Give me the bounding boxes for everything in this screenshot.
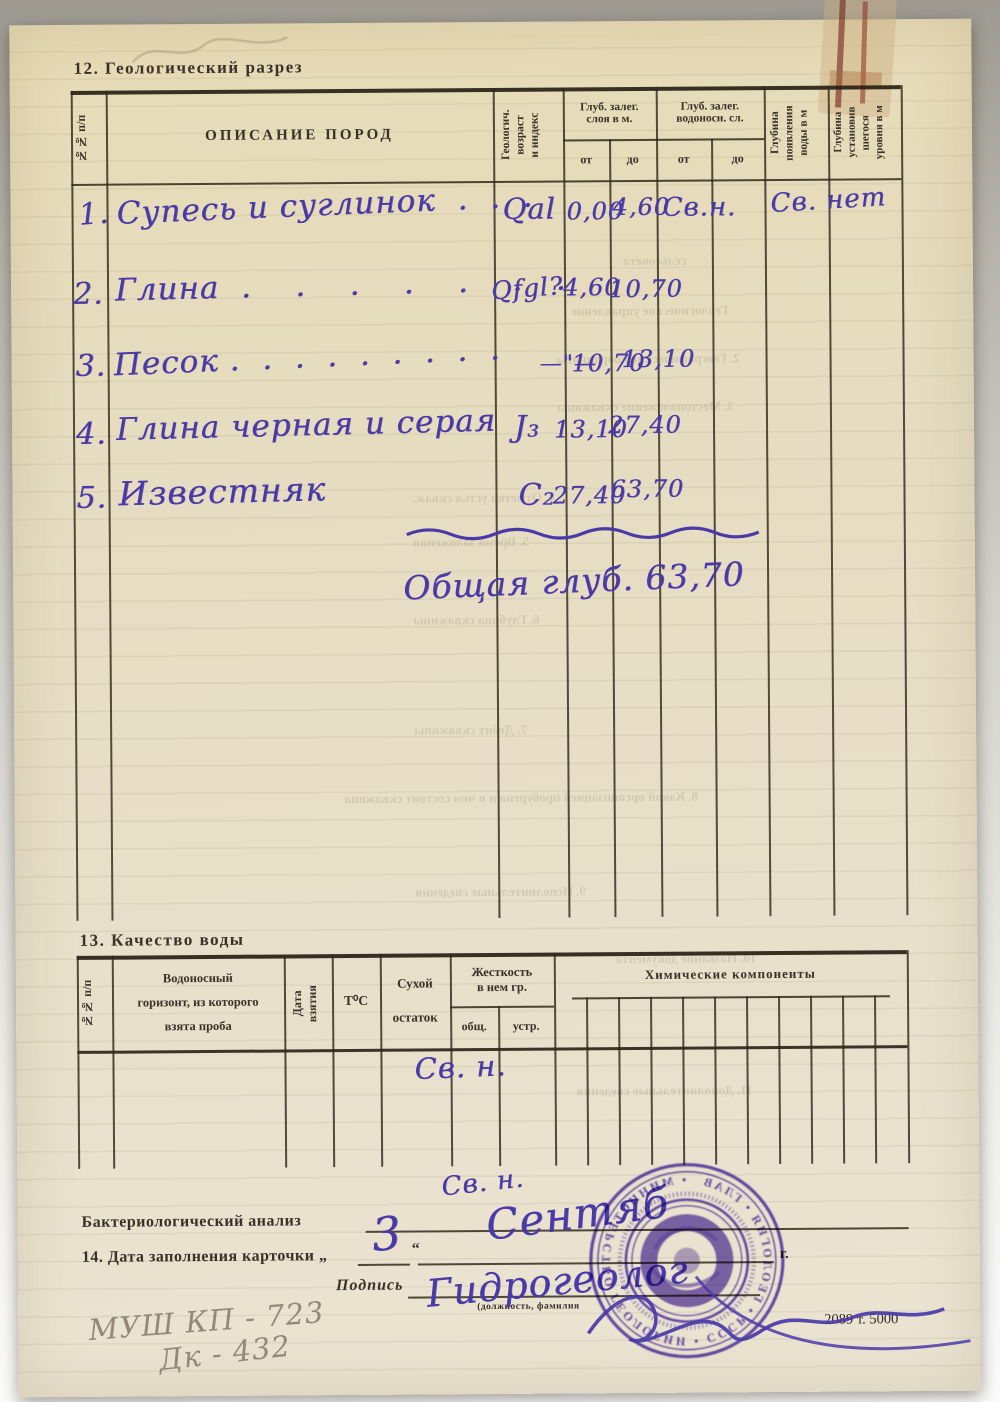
row5-number: 5. bbox=[76, 481, 107, 516]
row5-description: Известняк bbox=[118, 469, 326, 513]
fill-date-day: 3 bbox=[369, 1205, 404, 1262]
col-established-level-depth: Глубина установив шегося уровня в м bbox=[832, 85, 899, 179]
bleedthrough-text: 7. Дебит скважины bbox=[414, 722, 527, 739]
table13-chem-vline bbox=[682, 997, 685, 1165]
table13-chem-vline bbox=[842, 996, 845, 1164]
table13-chem-vline bbox=[586, 997, 589, 1165]
bleedthrough-text: сельсовета bbox=[623, 253, 687, 269]
row1-to: 4,60 bbox=[612, 193, 670, 221]
bleedthrough-text: 11. Дополнительные сведения bbox=[577, 1082, 753, 1099]
col-aquifer-from: от bbox=[656, 138, 711, 179]
table13-chem-vline bbox=[810, 996, 813, 1164]
table13-chem-vline bbox=[874, 995, 877, 1163]
row4-number: 4. bbox=[76, 417, 107, 452]
water-quality-note: Св. н. bbox=[414, 1048, 507, 1086]
table13-chem-vline bbox=[746, 996, 749, 1164]
row5-to: 63,70 bbox=[610, 475, 684, 504]
bleedthrough-text: 6. Глубина скважины bbox=[413, 612, 539, 629]
col-layer-depth: Глуб. залег. слоя в м. bbox=[563, 89, 656, 138]
section13-title: 13. Качество воды bbox=[80, 930, 245, 951]
col13-row-number: №№ п/п bbox=[80, 963, 109, 1045]
col13-hardness: Жесткость в нем гр. bbox=[450, 956, 554, 1005]
row4-to: 27,40 bbox=[608, 411, 682, 440]
bleedthrough-text: 9. Исполнительные сведения bbox=[415, 883, 586, 900]
row2-number: 2. bbox=[73, 277, 104, 312]
row3-description: Песок . . . . . . . . . bbox=[113, 331, 501, 383]
col13-aquifer-horizon: Водоносный горизонт, из которого взята п… bbox=[112, 957, 285, 1048]
table13-chem-vline bbox=[618, 997, 621, 1165]
section12-title: 12. Геологический разрез bbox=[73, 57, 303, 79]
col-layer-to: до bbox=[609, 139, 656, 180]
bacteriological-label: Бактериологический анализ bbox=[82, 1212, 302, 1232]
col-row-number: №№ п/п bbox=[74, 97, 103, 181]
table12-vline bbox=[901, 85, 909, 915]
table13-chem-vline bbox=[650, 997, 653, 1165]
bleedthrough-text: 8. Какой организацией пробурена и в чем … bbox=[345, 789, 699, 807]
row4-geo-index: J₃ bbox=[514, 410, 540, 445]
row1-number: 1. bbox=[77, 196, 110, 233]
bleedthrough-text: Геологическое управление bbox=[571, 302, 728, 319]
fill-date-day-line bbox=[358, 1264, 410, 1266]
col-rock-description: ОПИСАНИЕ ПОРОД bbox=[106, 88, 494, 184]
row1-description: Супесь и суглинок . . . bbox=[116, 178, 534, 231]
col-aquifer-to: до bbox=[711, 138, 764, 179]
fill-date-label: 14. Дата заполнения карточки „ bbox=[82, 1247, 328, 1267]
row1-geo-index: Qal bbox=[502, 192, 556, 226]
table13-chem-vline bbox=[778, 996, 781, 1164]
table13-chem-vline bbox=[714, 996, 717, 1164]
row3-number: 3. bbox=[75, 349, 106, 384]
row4-description: Глина черная и серая bbox=[116, 403, 497, 448]
col-layer-from: от bbox=[563, 139, 609, 180]
col13-hardness-total: общ. bbox=[450, 1006, 498, 1047]
fill-date-close-quote: “ bbox=[412, 1241, 420, 1259]
signature-flourish bbox=[578, 1259, 979, 1382]
row2-geo-index: Qfgl? bbox=[490, 271, 564, 305]
col13-temperature: Т⁰С bbox=[332, 954, 381, 1047]
wavy-divider bbox=[405, 522, 761, 542]
row2-to: 10,70 bbox=[609, 275, 683, 304]
signature-label: Подпись bbox=[336, 1277, 404, 1295]
col13-hardness-removable: устр. bbox=[498, 1006, 554, 1047]
col-water-appearance-depth: Глубина появления воды в м bbox=[768, 88, 825, 178]
row3-to: 13,10 bbox=[621, 345, 695, 374]
row1-level-note: Св. нет bbox=[770, 182, 887, 219]
row1-aquifer-note: Св.н. bbox=[662, 192, 736, 223]
row5-geo-index: С₂ bbox=[518, 478, 555, 513]
col13-dry-residue: Сухой остаток bbox=[380, 956, 451, 1044]
col13-sampling-date: Дата взятия bbox=[290, 965, 329, 1041]
col-aquifer-depth: Глуб. залег. водоносн. сл. bbox=[656, 88, 764, 137]
col13-chemical-components: Химические компоненты bbox=[554, 955, 907, 993]
table13-vline bbox=[284, 954, 287, 1167]
col-geologic-age: Геологич. возраст и индекс bbox=[499, 92, 558, 178]
total-depth-note: Общая глуб. 63,70 bbox=[402, 554, 745, 607]
scanned-card-page: сельсовета Геологическое управление 2. Г… bbox=[9, 19, 981, 1398]
table13-vline bbox=[907, 950, 910, 1163]
